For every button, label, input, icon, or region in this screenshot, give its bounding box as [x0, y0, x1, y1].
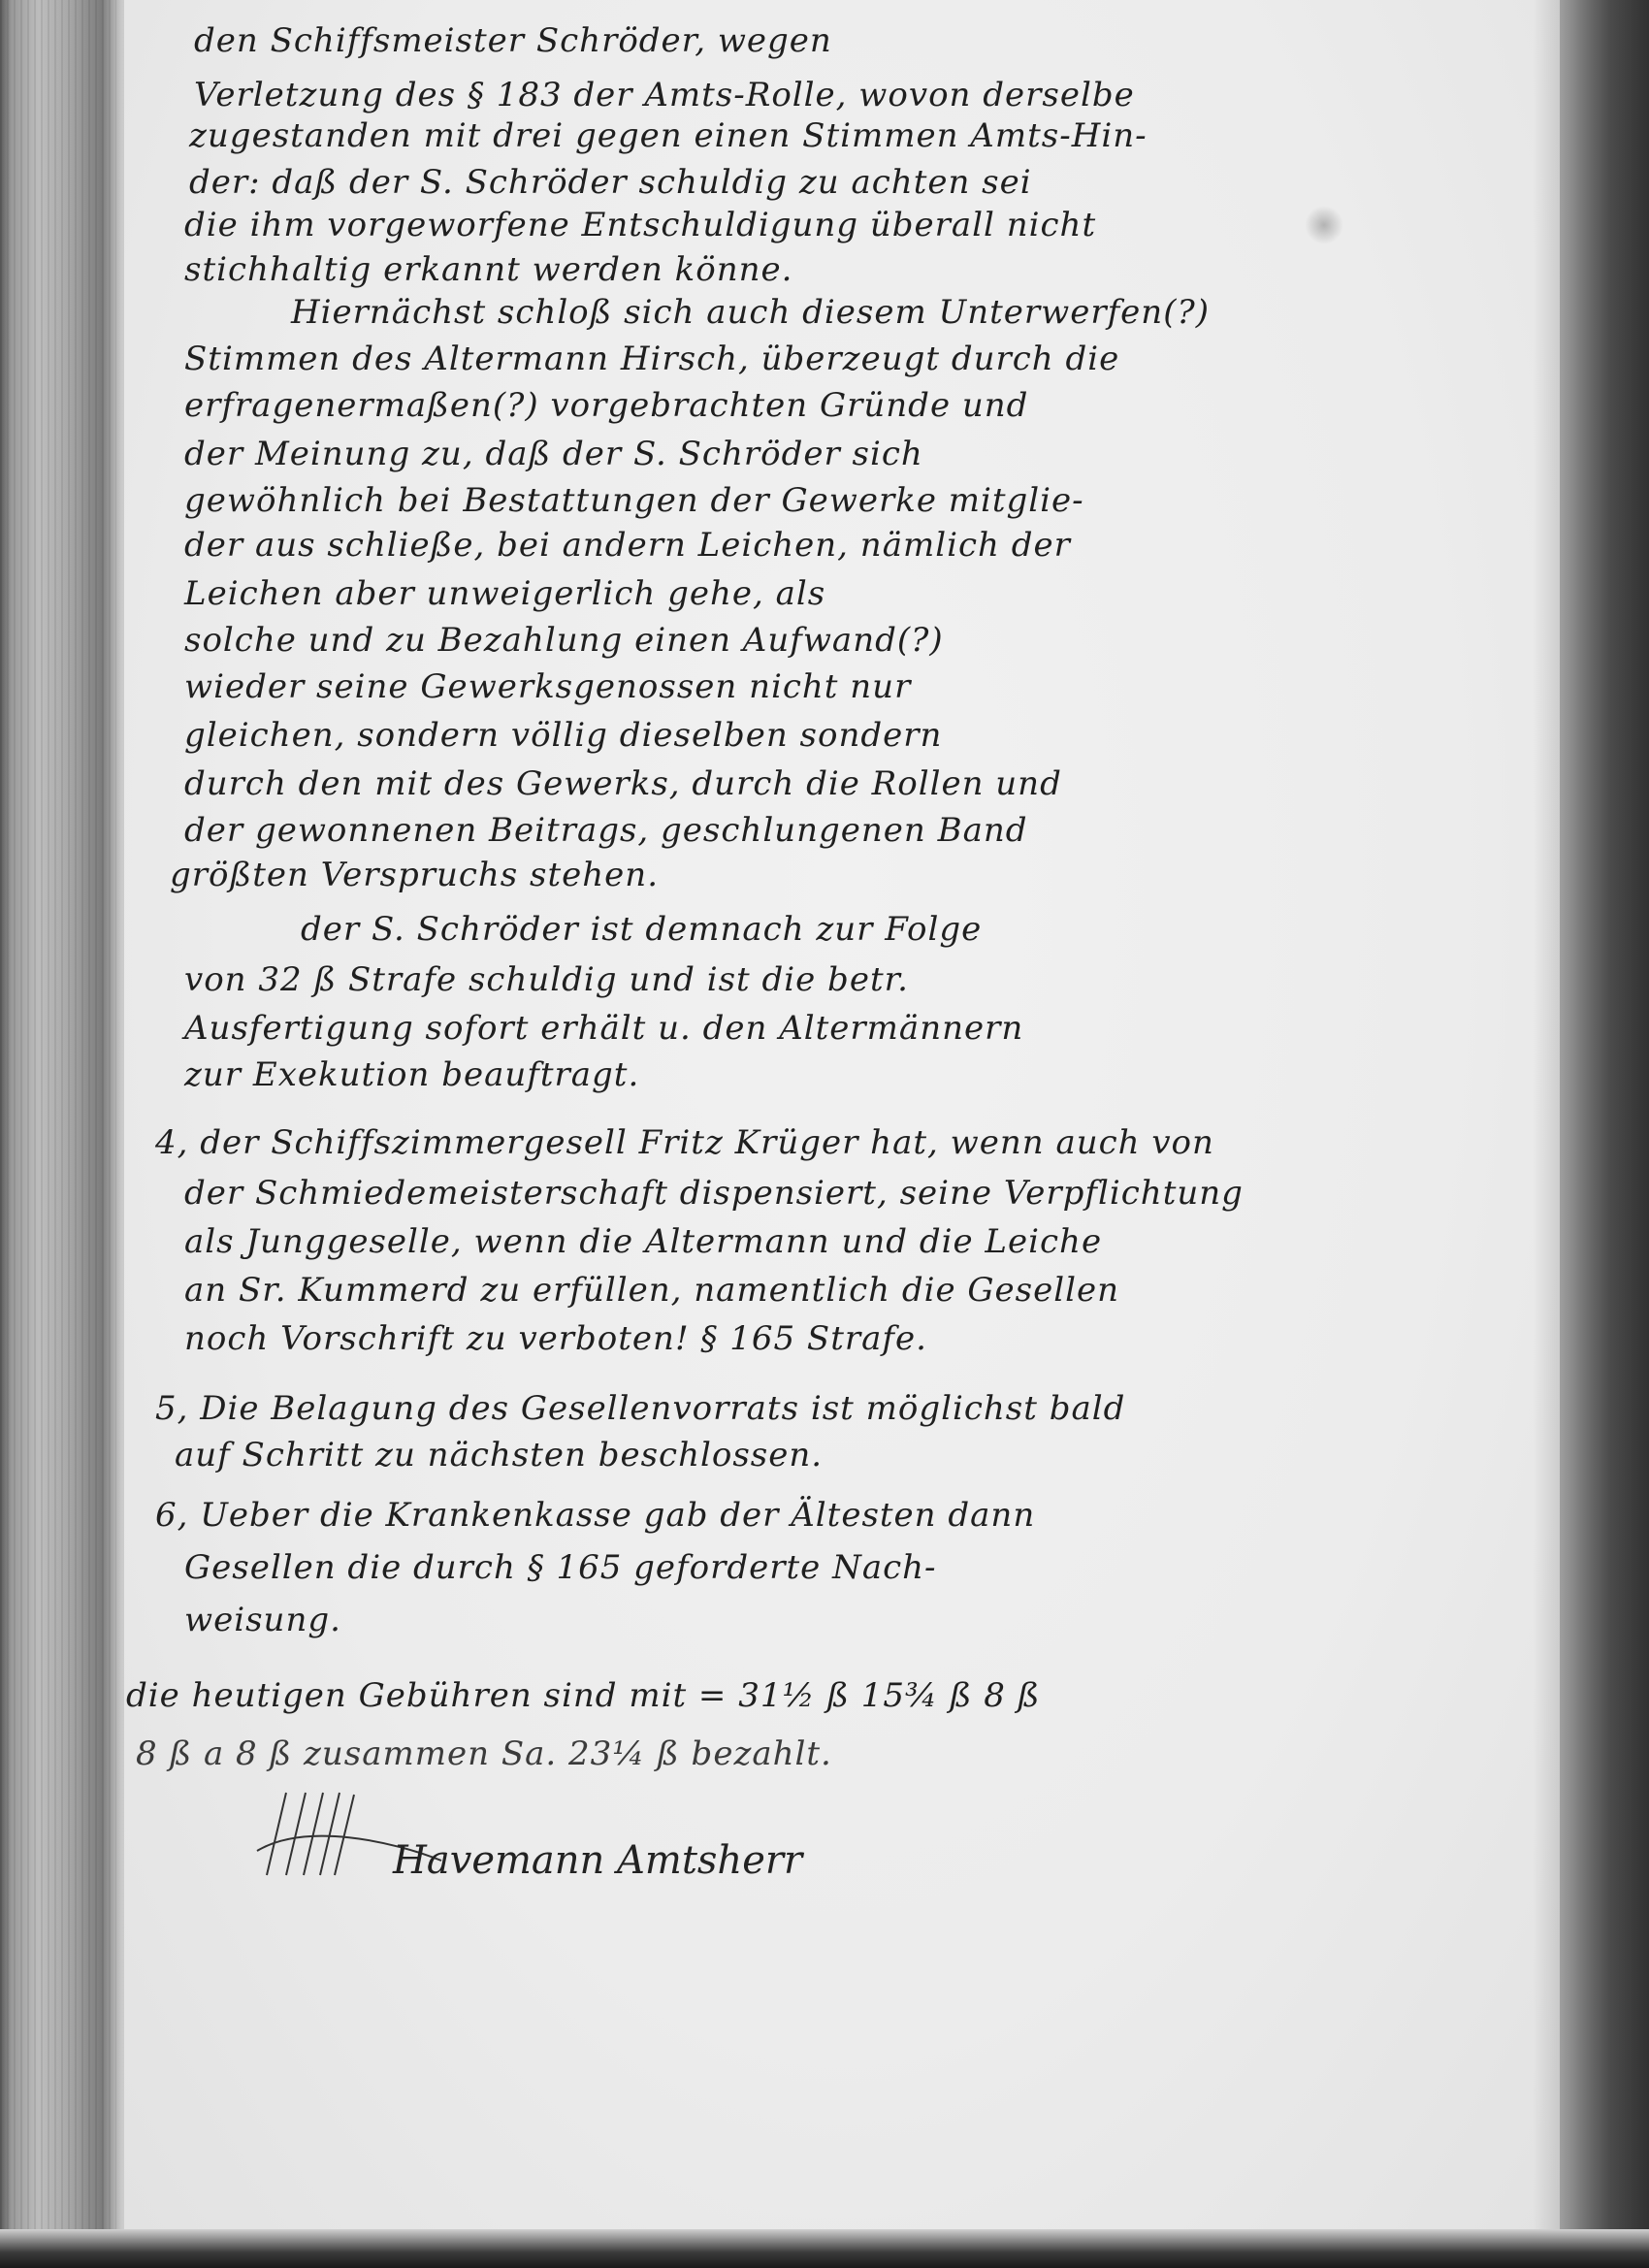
text-line: noch Vorschrift zu verboten! § 165 Straf… — [184, 1319, 927, 1358]
text-line-indented: der S. Schröder ist demnach zur Folge — [301, 910, 982, 949]
fees-line: die heutigen Gebühren sind mit = 31½ ß 1… — [126, 1676, 1040, 1715]
text-line: größten Verspruchs stehen. — [170, 856, 659, 894]
numbered-item-4: 4, der Schiffszimmergesell Fritz Krüger … — [155, 1123, 1214, 1162]
text-line: an Sr. Kummerd zu erfüllen, namentlich d… — [184, 1271, 1119, 1310]
text-line: wieder seine Gewerksgenossen nicht nur — [184, 667, 911, 706]
text-line: Leichen aber unweigerlich gehe, als — [184, 574, 825, 613]
text-line: Verletzung des § 183 der Amts-Rolle, wov… — [194, 76, 1135, 114]
text-line: gewöhnlich bei Bestattungen der Gewerke … — [184, 481, 1084, 520]
signature: Havemann Amtsherr — [393, 1838, 802, 1883]
text-line: Ausfertigung sofort erhält u. den Alterm… — [184, 1009, 1023, 1048]
text-line: zur Exekution beauftragt. — [184, 1055, 639, 1094]
text-line: die ihm vorgeworfene Entschuldigung über… — [184, 206, 1096, 244]
scan-bottom-edge — [0, 2229, 1649, 2268]
scanned-manuscript: den Schiffsmeister Schröder, wegen Verle… — [0, 0, 1649, 2268]
text-line: von 32 ß Strafe schuldig und ist die bet… — [184, 960, 909, 999]
text-line-with-strikethrough: gleichen, sondern völlig dieselben sonde… — [184, 716, 942, 755]
text-line: stichhaltig erkannt werden könne. — [184, 250, 792, 289]
text-line: der gewonnenen Beitrags, geschlungenen B… — [184, 811, 1028, 850]
numbered-item-6: 6, Ueber die Krankenkasse gab der Ältest… — [155, 1496, 1035, 1535]
text-line: der: daß der S. Schröder schuldig zu ach… — [189, 163, 1032, 202]
text-line: solche und zu Bezahlung einen Aufwand(?) — [184, 621, 944, 660]
text-line: der Schmiedemeisterschaft dispensiert, s… — [184, 1174, 1244, 1213]
text-line-with-strikethrough: als Junggeselle, wenn die Altermann und … — [184, 1222, 1102, 1261]
text-line: auf Schritt zu nächsten beschlossen. — [175, 1436, 823, 1474]
text-line: weisung. — [184, 1601, 341, 1639]
text-line: Gesellen die durch § 165 geforderte Nach… — [184, 1548, 937, 1587]
text-line: zugestanden mit drei gegen einen Stimmen… — [189, 116, 1148, 155]
text-line-indented: Hiernächst schloß sich auch diesem Unter… — [291, 293, 1210, 332]
text-line: durch den mit des Gewerks, durch die Rol… — [184, 764, 1062, 803]
text-line: den Schiffsmeister Schröder, wegen — [194, 21, 832, 60]
text-line: der aus schließe, bei andern Leichen, nä… — [184, 526, 1071, 565]
numbered-item-5: 5, Die Belagung des Gesellenvorrats ist … — [155, 1389, 1125, 1428]
text-line: erfragenermaßen(?) vorgebrachten Gründe … — [184, 386, 1028, 425]
handwritten-text-block: den Schiffsmeister Schröder, wegen Verle… — [0, 0, 1649, 2268]
text-line: der Meinung zu, daß der S. Schröder sich — [184, 435, 923, 473]
text-line: Stimmen des Altermann Hirsch, überzeugt … — [184, 340, 1119, 378]
fees-total-line: 8 ß a 8 ß zusammen Sa. 23¼ ß bezahlt. — [136, 1734, 832, 1773]
page-edge-shadow — [1533, 0, 1649, 2268]
